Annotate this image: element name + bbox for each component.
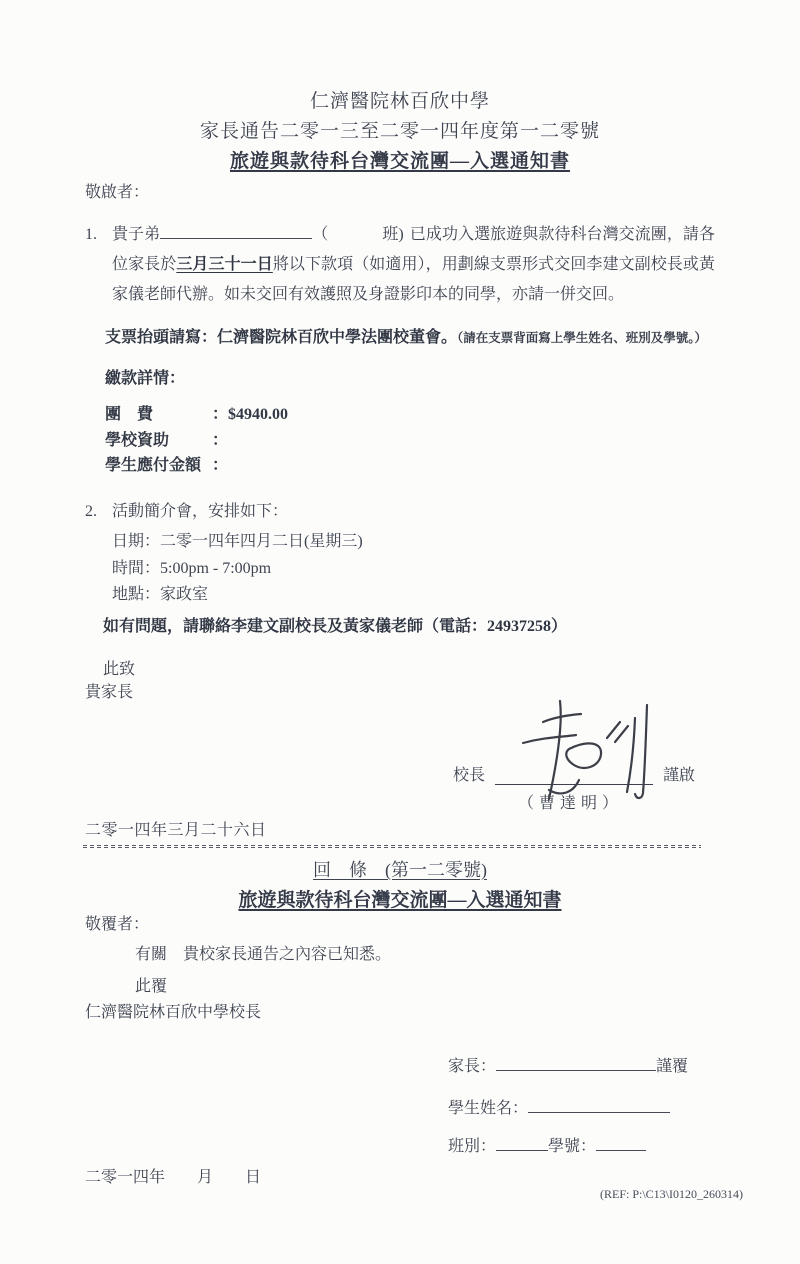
fee-row-subsidy: 學校資助： [105, 428, 228, 453]
school-name: 仁濟醫院林百欣中學 [0, 86, 800, 113]
signature-line [495, 760, 653, 785]
fee-colon-tour: ： [212, 406, 228, 423]
reply-body: 有關 貴校家長通告之內容已知悉。 [135, 940, 391, 970]
principal-name: （曹達明） [518, 790, 623, 813]
scanned-notice-page: 仁濟醫院林百欣中學 家長通告二零一三至二零一四年度第一二零號 旅遊與款待科台灣交… [0, 0, 800, 1264]
class-number-field: 班別：學號： [448, 1132, 646, 1156]
class-field-blank [496, 1132, 548, 1151]
parent-sign-field: 家長：謹覆 [448, 1052, 688, 1076]
cheque-note: （請在支票背面寫上學生姓名、班別及學號。） [457, 331, 707, 345]
issue-date: 二零一四年三月二十六日 [85, 816, 267, 846]
student-name-label: 學生姓名： [448, 1100, 528, 1117]
reply-addressee: 仁濟醫院林百欣中學校長 [85, 998, 261, 1028]
class-label: 班別： [448, 1138, 496, 1155]
fee-label-payable: 學生應付金額 [105, 453, 212, 478]
reply-date-line: 二零一四年 月 日 [85, 1163, 261, 1193]
deadline-text: 三月三十一日 [176, 256, 272, 273]
reply-slip-title: 回 條 (第一二零號) [0, 856, 800, 882]
item2-heading: 活動簡介會，安排如下： [112, 503, 288, 520]
fee-colon-payable: ： [212, 457, 228, 474]
signature-suffix: 謹啟 [663, 762, 695, 785]
payment-heading: 繳款詳情： [105, 364, 185, 394]
student-name-field-blank [528, 1094, 670, 1113]
parent-suffix: 謹覆 [656, 1058, 688, 1075]
notice-number: 家長通告二零一三至二零一四年度第一二零號 [0, 116, 800, 143]
item1-number: 1. [85, 220, 97, 250]
fee-label-subsidy: 學校資助 [105, 428, 212, 453]
reply-notice-title: 旅遊與款待科台灣交流團—入選通知書 [0, 885, 800, 912]
fee-row-payable: 學生應付金額： [105, 453, 228, 478]
parent-signature-blank [496, 1052, 656, 1071]
item1-prefix: 貴子弟 [112, 226, 160, 243]
notice-title: 旅遊與款待科台灣交流團—入選通知書 [0, 146, 800, 173]
class-paren-open: （ [312, 226, 328, 243]
item1-paragraph: 1. 貴子弟（班)已成功入選旅遊與款待科台灣交流團，請各位家長於三月三十一日將以… [85, 220, 742, 310]
briefing-date: 日期：二零一四年四月二日(星期三) [112, 528, 363, 551]
item2-heading-row: 2. 活動簡介會，安排如下： [85, 497, 742, 527]
salutation: 敬啟者： [85, 178, 149, 208]
student-number-blank [596, 1132, 646, 1151]
briefing-venue: 地點：家政室 [112, 581, 208, 604]
fee-label-tour: 團 費 [105, 402, 212, 427]
principal-role-label: 校長 [453, 762, 485, 785]
student-name-blank [160, 220, 312, 239]
cheque-payable-text: 支票抬頭請寫：仁濟醫院林百欣中學法團校董會。 [105, 329, 457, 346]
item2-number: 2. [85, 497, 97, 527]
tear-off-divider [83, 845, 701, 848]
ref-number: (REF: P:\C13\I0120_260314) [600, 1187, 743, 1202]
briefing-time: 時間：5:00pm - 7:00pm [112, 555, 271, 578]
student-name-field: 學生姓名： [448, 1094, 670, 1118]
closing-recipient: 貴家長 [85, 678, 133, 708]
parent-label: 家長： [448, 1058, 496, 1075]
fee-value-tour: $4940.00 [228, 406, 288, 423]
fee-colon-subsidy: ： [212, 432, 228, 449]
cheque-instruction: 支票抬頭請寫：仁濟醫院林百欣中學法團校董會。（請在支票背面寫上學生姓名、班別及學… [105, 324, 707, 347]
contact-line: 如有問題，請聯絡李建文副校長及黃家儀老師（電話：24937258） [103, 613, 567, 636]
fee-row-tour: 團 費：$4940.00 [105, 402, 288, 427]
signature-row: 校長 謹啟 [453, 760, 695, 785]
student-number-label: 學號： [548, 1138, 596, 1155]
class-paren-close: 班) [382, 226, 403, 243]
reply-salutation: 敬覆者： [85, 910, 149, 940]
